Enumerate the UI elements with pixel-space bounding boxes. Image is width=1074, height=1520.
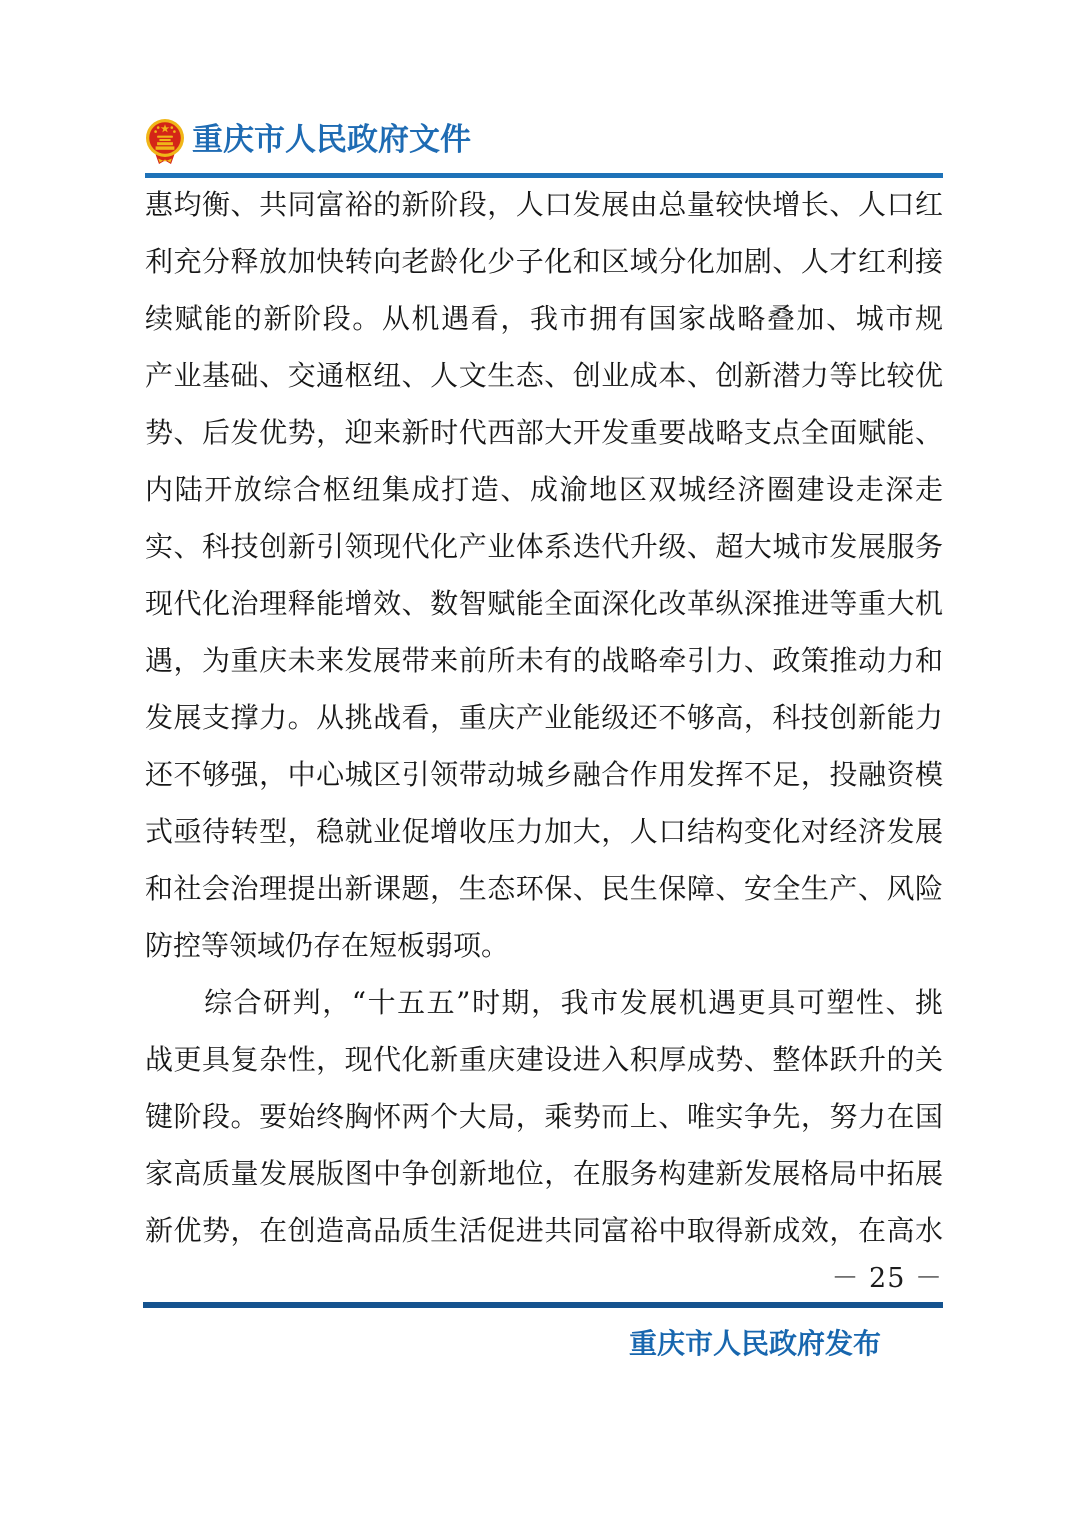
document-header-title: 重庆市人民政府文件 — [192, 125, 471, 156]
body-text-line: 家高质量发展版图中争创新地位，在服务构建新发展格局中拓展 — [145, 1145, 943, 1202]
body-paragraph: 综合研判，“十五五”时期，我市发展机遇更具可塑性、挑战更具复杂性，现代化新重庆建… — [145, 974, 943, 1259]
page-number: － 25 － — [145, 1256, 943, 1295]
footer-divider — [143, 1302, 943, 1308]
body-text-line: 还不够强，中心城区引领带动城乡融合作用发挥不足，投融资模 — [145, 746, 943, 803]
body-text-line: 和社会治理提出新课题，生态环保、民生保障、安全生产、风险 — [145, 860, 943, 917]
body-text-line: 战更具复杂性，现代化新重庆建设进入积厚成势、整体跃升的关 — [145, 1031, 943, 1088]
body-text-line: 综合研判，“十五五”时期，我市发展机遇更具可塑性、挑 — [145, 974, 943, 1031]
publisher-label: 重庆市人民政府发布 — [145, 1322, 943, 1362]
body-paragraph: 惠均衡、共同富裕的新阶段，人口发展由总量较快增长、人口红利充分释放加快转向老龄化… — [145, 176, 943, 974]
body-text-line: 现代化治理释能增效、数智赋能全面深化改革纵深推进等重大机 — [145, 575, 943, 632]
document-page: 重庆市人民政府文件 惠均衡、共同富裕的新阶段，人口发展由总量较快增长、人口红利充… — [0, 0, 1074, 1520]
body-text-line: 键阶段。要始终胸怀两个大局，乘势而上、唯实争先，努力在国 — [145, 1088, 943, 1145]
body-text-line: 式亟待转型，稳就业促增收压力加大，人口结构变化对经济发展 — [145, 803, 943, 860]
national-emblem-icon — [145, 118, 185, 165]
body-text-line: 惠均衡、共同富裕的新阶段，人口发展由总量较快增长、人口红 — [145, 176, 943, 233]
body-text-line: 内陆开放综合枢纽集成打造、成渝地区双城经济圈建设走深走 — [145, 461, 943, 518]
body-text-line: 实、科技创新引领现代化产业体系迭代升级、超大城市发展服务 — [145, 518, 943, 575]
body-text-line: 发展支撑力。从挑战看，重庆产业能级还不够高，科技创新能力 — [145, 689, 943, 746]
body-text-line: 新优势，在创造高品质生活促进共同富裕中取得新成效，在高水 — [145, 1202, 943, 1259]
body-text-line: 利充分释放加快转向老龄化少子化和区域分化加剧、人才红利接 — [145, 233, 943, 290]
body-text-line: 产业基础、交通枢纽、人文生态、创业成本、创新潜力等比较优 — [145, 347, 943, 404]
document-header: 重庆市人民政府文件 — [145, 112, 943, 168]
body-text-line: 防控等领域仍存在短板弱项。 — [145, 917, 943, 974]
body-text-line: 遇，为重庆未来发展带来前所未有的战略牵引力、政策推动力和 — [145, 632, 943, 689]
document-body: 惠均衡、共同富裕的新阶段，人口发展由总量较快增长、人口红利充分释放加快转向老龄化… — [145, 176, 943, 1259]
body-text-line: 续赋能的新阶段。从机遇看，我市拥有国家战略叠加、城市规模、 — [145, 290, 943, 347]
body-text-line: 势、后发优势，迎来新时代西部大开发重要战略支点全面赋能、 — [145, 404, 943, 461]
